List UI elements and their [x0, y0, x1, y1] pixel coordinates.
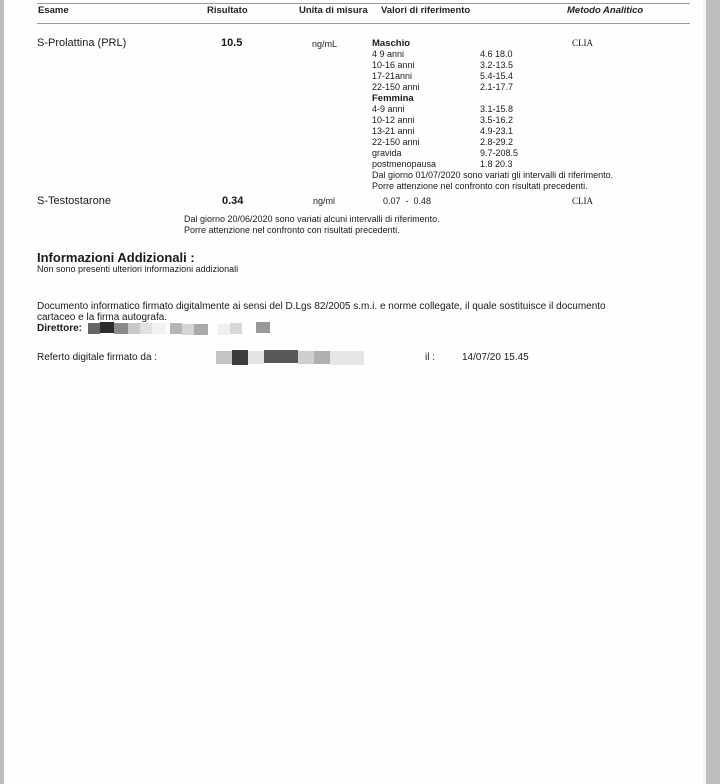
director-label: Direttore: [37, 323, 82, 334]
reference-range-row: 10-16 anni3.2-13.5 [372, 60, 613, 71]
page-edge [703, 0, 706, 784]
result-value-prolactin: 10.5 [221, 37, 242, 49]
column-header-unit: Unita di misura [299, 5, 368, 16]
signature-statement-line: cartaceo e la firma autografa. [37, 312, 606, 323]
reference-range-testosterone: 0.07 - 0.48 [383, 196, 431, 207]
reference-note-line: Dal giorno 01/07/2020 sono variati gli i… [372, 170, 613, 181]
reference-range-row: gravida9.7-208.5 [372, 148, 613, 159]
reference-range-row: 22-150 anni2.8-29.2 [372, 137, 613, 148]
date-label: il : [425, 352, 435, 363]
signature-date: 14/07/20 15.45 [462, 352, 529, 363]
additional-info-title: Informazioni Addizionali : [37, 250, 195, 265]
reference-note-testosterone: Dal giorno 20/06/2020 sono variati alcun… [184, 214, 440, 236]
reference-range-row: postmenopausa1.8 20.3 [372, 159, 613, 170]
column-header-result: Risultato [207, 5, 248, 16]
header-bottom-rule [37, 23, 690, 24]
signature-statement: Documento informatico firmato digitalmen… [37, 301, 606, 323]
reference-range-row: 4 9 anni4.6 18.0 [372, 49, 613, 60]
unit-prolactin: ng/mL [312, 39, 337, 50]
report-page: Esame Risultato Unita di misura Valori d… [4, 0, 703, 784]
reference-group-label: Maschio [372, 38, 613, 49]
signed-by-label: Referto digitale firmato da : [37, 352, 157, 363]
reference-range-row: 10-12 anni3.5-16.2 [372, 115, 613, 126]
exam-name-testosterone: S-Testostarone [37, 195, 111, 207]
reference-note-line: Porre attenzione nel confronto con risul… [184, 225, 440, 236]
column-header-method: Metodo Analitico [567, 5, 643, 16]
reference-range-row: 13-21 anni4.9-23.1 [372, 126, 613, 137]
reference-range-row: 4-9 anni3.1-15.8 [372, 104, 613, 115]
reference-ranges-prolactin: Maschio 4 9 anni4.6 18.0 10-16 anni3.2-1… [372, 38, 613, 192]
method-testosterone: CLIA [572, 196, 593, 207]
reference-group-label: Femmina [372, 93, 613, 104]
reference-note-line: Porre attenzione nel confronto con risul… [372, 181, 613, 192]
reference-range-row: 17-21anni5.4-15.4 [372, 71, 613, 82]
column-header-exam: Esame [38, 5, 69, 16]
result-value-testosterone: 0.34 [222, 195, 243, 207]
signature-statement-line: Documento informatico firmato digitalmen… [37, 301, 606, 312]
header-top-rule [37, 3, 690, 4]
additional-info-text: Non sono presenti ulteriori informazioni… [37, 264, 238, 275]
reference-note-line: Dal giorno 20/06/2020 sono variati alcun… [184, 214, 440, 225]
unit-testosterone: ng/ml [313, 196, 335, 207]
reference-range-row: 22-150 anni2.1-17.7 [372, 82, 613, 93]
column-header-reference: Valori di riferimento [381, 5, 470, 16]
exam-name-prolactin: S-Prolattina (PRL) [37, 37, 126, 49]
